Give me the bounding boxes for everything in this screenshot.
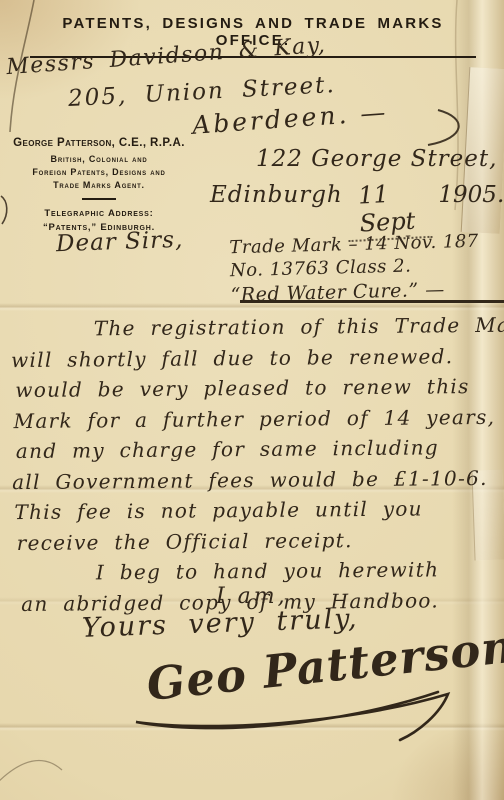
body-line: Mark for a further period of 14 years, — [13, 401, 503, 436]
letterhead-divider — [82, 198, 116, 200]
body-line: I beg to hand you herewith — [96, 554, 504, 588]
body-line: The registration of this Trade Mark — [94, 310, 503, 344]
office-street: 122 George Street, — [256, 146, 497, 172]
salutation: Dear Sirs, — [56, 227, 184, 257]
document-page: PATENTS, DESIGNS AND TRADE MARKS OFFICE.… — [0, 0, 504, 800]
letterhead-name: George Patterson, C.E., R.P.A. — [4, 137, 194, 149]
letterhead: George Patterson, C.E., R.P.A. British, … — [4, 137, 194, 235]
body-line: receive the Official receipt. — [17, 523, 504, 558]
body-line: This fee is not payable until you — [14, 493, 504, 528]
body-line: will shortly fall due to be renewed. I — [11, 340, 503, 375]
body-line: and my charge for same including — [16, 432, 504, 467]
letter-body: The registration of this Trade Mark will… — [0, 310, 504, 619]
letterhead-line: British, Colonial and — [4, 153, 194, 166]
body-line: would be very pleased to renew this — [15, 371, 503, 406]
dateline-year: 1905. — [438, 182, 504, 208]
paper: PATENTS, DESIGNS AND TRADE MARKS OFFICE.… — [0, 0, 504, 800]
letterhead-line: Trade Marks Agent. — [4, 179, 194, 192]
dateline-city: Edinburgh — [210, 182, 343, 208]
telegraphic-label: Telegraphic Address: — [4, 207, 194, 221]
signature-flourish — [118, 688, 458, 758]
body-line: all Government fees would be £1-10-6. — [12, 462, 504, 497]
letterhead-line: Foreign Patents, Designs and — [4, 166, 194, 179]
aberdeen-flourish — [428, 110, 459, 145]
reference-underline — [240, 300, 504, 303]
reference-block: Trade Mark – 14 Nov. 187 No. 13763 Class… — [229, 230, 480, 308]
